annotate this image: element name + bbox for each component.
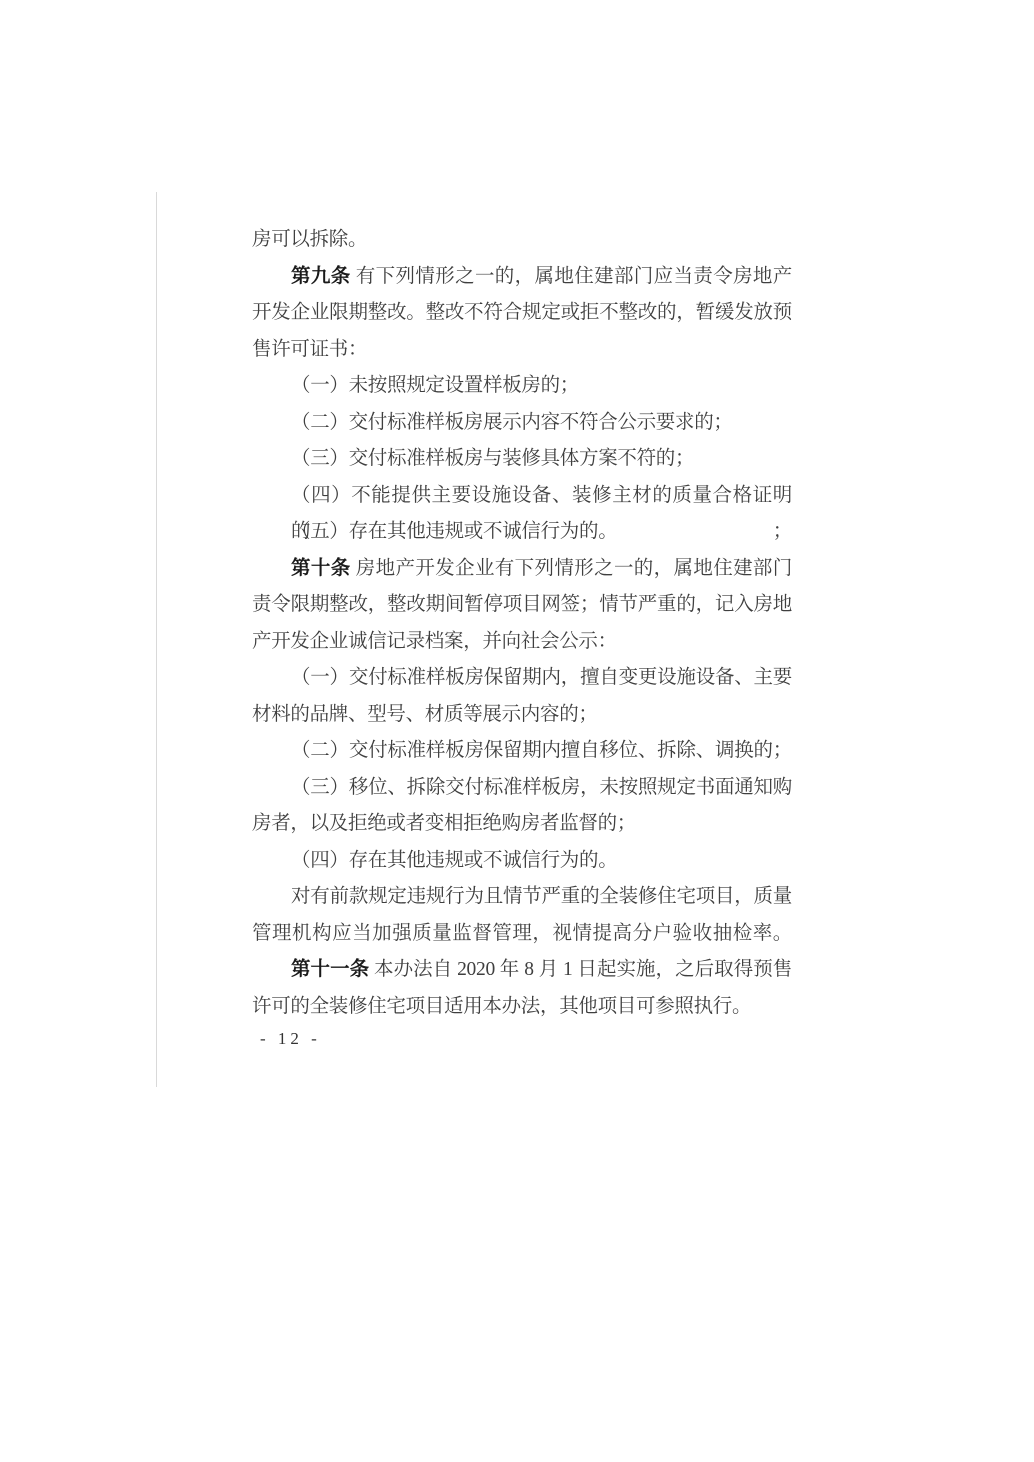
text-segment: 售许可证书： [252, 339, 367, 360]
article-heading: 第十条 [291, 558, 351, 579]
text-line: （四）不能提供主要设施设备、装修主材的质量合格证明的； [252, 478, 792, 515]
text-segment: 有下列情形之一的，属地住建部门应当责令房地产 [351, 266, 792, 287]
text-line: 房者，以及拒绝或者变相拒绝购房者监督的； [252, 806, 792, 843]
text-line: 管理机构应当加强质量监督管理，视情提高分户验收抽检率。 [252, 916, 792, 953]
text-line: （三）交付标准样板房与装修具体方案不符的； [252, 441, 792, 478]
text-segment: （四）存在其他违规或不诚信行为的。 [291, 850, 617, 871]
text-line: 第十条 房地产开发企业有下列情形之一的，属地住建部门 [252, 551, 792, 588]
text-line: 第九条 有下列情形之一的，属地住建部门应当责令房地产 [252, 259, 792, 296]
text-line: （一）交付标准样板房保留期内，擅自变更设施设备、主要 [252, 660, 792, 697]
text-segment: （二）交付标准样板房展示内容不符合公示要求的； [291, 412, 733, 433]
left-margin-rule [156, 192, 157, 1087]
page-number: - 12 - [260, 1028, 321, 1050]
text-segment: 许可的全装修住宅项目适用本办法，其他项目可参照执行。 [252, 996, 751, 1017]
text-line: 第十一条 本办法自 2020 年 8 月 1 日起实施，之后取得预售 [252, 952, 792, 989]
text-segment: 责令限期整改，整改期间暂停项目网签；情节严重的，记入房地 [252, 594, 792, 615]
article-heading: 第九条 [291, 266, 351, 287]
text-line: （二）交付标准样板房保留期内擅自移位、拆除、调换的； [252, 733, 792, 770]
text-segment: 房可以拆除。 [252, 229, 367, 250]
text-line: 开发企业限期整改。整改不符合规定或拒不整改的，暂缓发放预 [252, 295, 792, 332]
text-line: 产开发企业诚信记录档案，并向社会公示： [252, 624, 792, 661]
text-line: （四）存在其他违规或不诚信行为的。 [252, 843, 792, 880]
text-segment: 对有前款规定违规行为且情节严重的全装修住宅项目，质量 [291, 886, 792, 907]
text-segment: （二）交付标准样板房保留期内擅自移位、拆除、调换的； [291, 740, 792, 761]
text-segment: （三）移位、拆除交付标准样板房，未按照规定书面通知购 [291, 777, 792, 798]
text-segment: 房地产开发企业有下列情形之一的，属地住建部门 [351, 558, 792, 579]
text-segment: 管理机构应当加强质量监督管理，视情提高分户验收抽检率。 [252, 923, 792, 944]
text-line: （一）未按照规定设置样板房的； [252, 368, 792, 405]
document-page: 房可以拆除。第九条 有下列情形之一的，属地住建部门应当责令房地产开发企业限期整改… [0, 0, 1034, 1462]
text-line: 对有前款规定违规行为且情节严重的全装修住宅项目，质量 [252, 879, 792, 916]
text-segment: 产开发企业诚信记录档案，并向社会公示： [252, 631, 617, 652]
text-segment: （五）存在其他违规或不诚信行为的。 [291, 521, 617, 542]
article-heading: 第十一条 [291, 959, 369, 980]
text-line: 售许可证书： [252, 332, 792, 369]
text-line: 许可的全装修住宅项目适用本办法，其他项目可参照执行。 [252, 989, 792, 1026]
text-segment: （一）交付标准样板房保留期内，擅自变更设施设备、主要 [291, 667, 792, 688]
text-segment: 材料的品牌、型号、材质等展示内容的； [252, 704, 598, 725]
text-line: 责令限期整改，整改期间暂停项目网签；情节严重的，记入房地 [252, 587, 792, 624]
text-line: （三）移位、拆除交付标准样板房，未按照规定书面通知购 [252, 770, 792, 807]
text-segment: 开发企业限期整改。整改不符合规定或拒不整改的，暂缓发放预 [252, 302, 792, 323]
text-segment: 房者，以及拒绝或者变相拒绝购房者监督的； [252, 813, 636, 834]
text-line: 房可以拆除。 [252, 222, 792, 259]
text-segment: （三）交付标准样板房与装修具体方案不符的； [291, 448, 694, 469]
text-segment: （一）未按照规定设置样板房的； [291, 375, 579, 396]
text-segment: 本办法自 2020 年 8 月 1 日起实施，之后取得预售 [369, 959, 792, 980]
text-line: （二）交付标准样板房展示内容不符合公示要求的； [252, 405, 792, 442]
document-body: 房可以拆除。第九条 有下列情形之一的，属地住建部门应当责令房地产开发企业限期整改… [252, 222, 792, 1025]
text-line: 材料的品牌、型号、材质等展示内容的； [252, 697, 792, 734]
